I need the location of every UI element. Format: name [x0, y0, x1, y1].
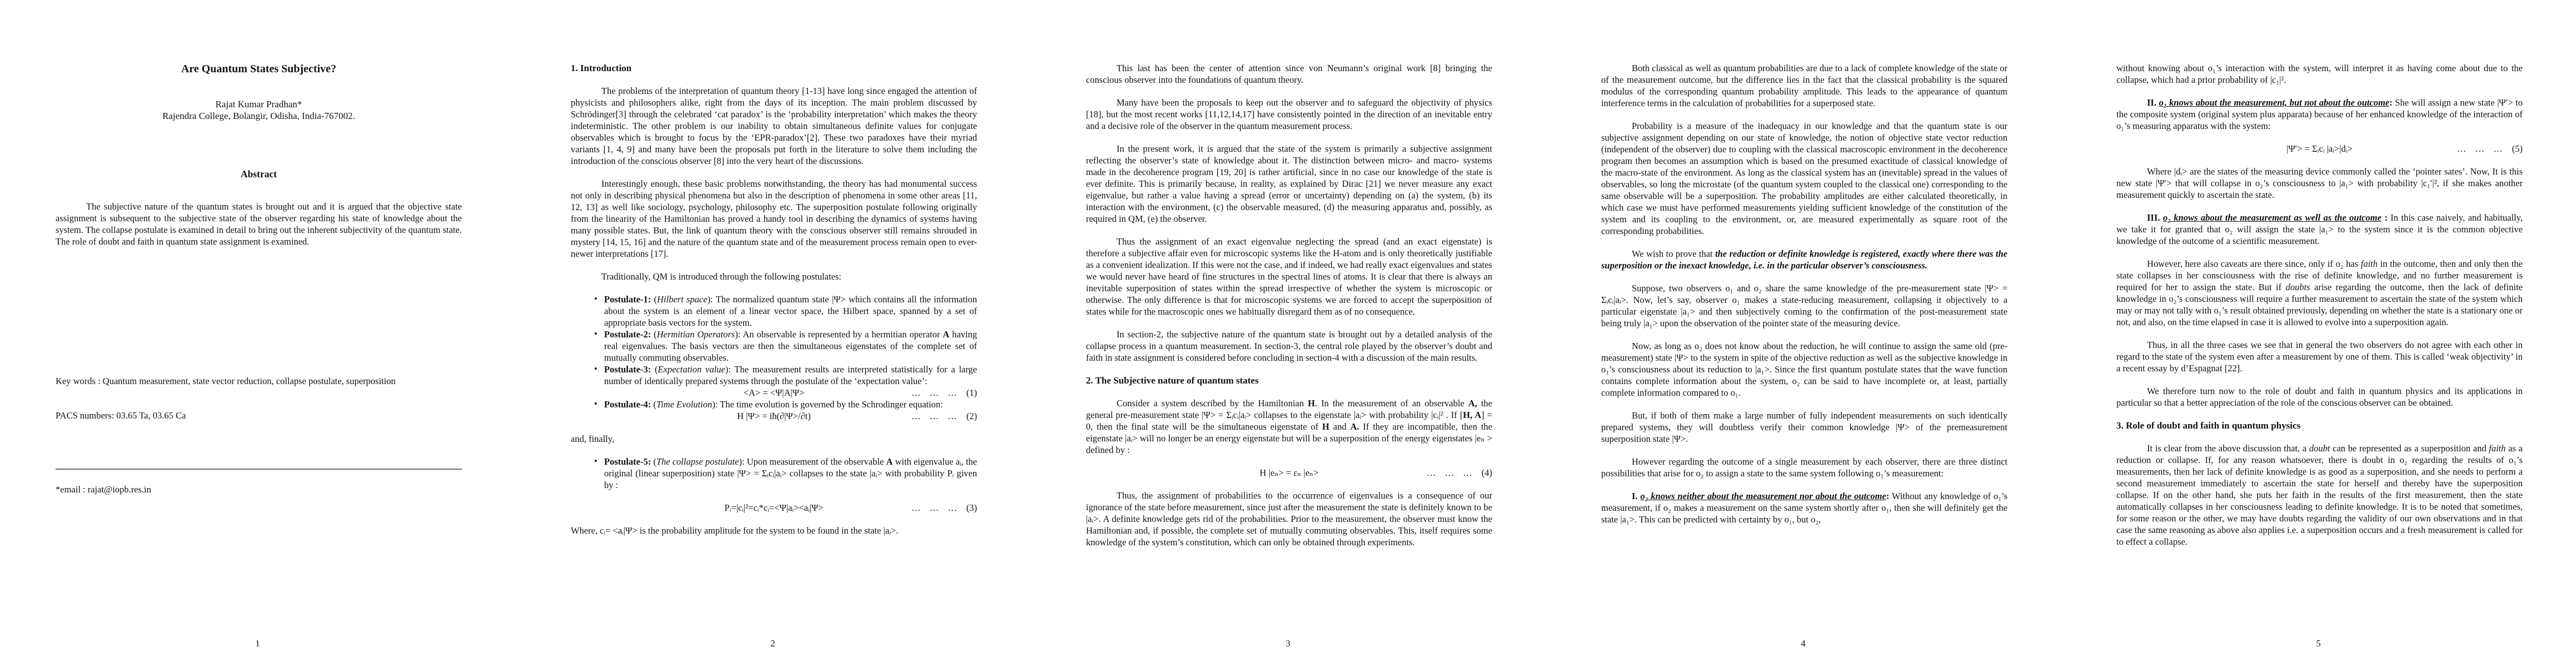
equation-dots: … … …	[911, 387, 958, 398]
postulate-item: Postulate-4: (Time Evolution): The time …	[604, 399, 977, 422]
author-affiliation: Rajendra College, Bolangir, Odisha, Indi…	[56, 110, 462, 122]
text-run: . In the measurement of an observable	[1315, 398, 1468, 409]
postulate-text: Postulate-1: (Hilbert space): The normal…	[604, 293, 977, 328]
text-run: I.	[1632, 491, 1640, 501]
postulate-item: Postulate-2: (Hermitian Operators): An o…	[604, 328, 977, 364]
page-number: 2	[515, 638, 1030, 649]
page: Both classical as well as quantum probab…	[1546, 0, 2061, 667]
pacs-line: PACS numbers: 03.65 Ta, 03.65 Ca	[56, 410, 462, 421]
page: without knowing about o₁’s interaction w…	[2061, 0, 2576, 667]
text-run: The collapse postulate	[656, 456, 739, 467]
text-run: H, A	[1463, 410, 1481, 420]
text-run: can be represented as a superposition an…	[2330, 443, 2489, 454]
author-name: Rajat Kumar Pradhan*	[56, 98, 462, 110]
postulate-text: Postulate-5: (The collapse postulate): U…	[604, 456, 977, 491]
text-run: Postulate-5:	[604, 456, 651, 467]
text-run: ): Upon measurement of the observable	[739, 456, 886, 467]
paragraph: without knowing about o₁’s interaction w…	[2116, 62, 2523, 86]
text-run: It is clear from the above discussion th…	[2147, 443, 2309, 454]
equation-number: (1)	[966, 387, 977, 398]
text-run: A,	[1468, 398, 1477, 409]
text-run: Consider a system described by the Hamil…	[1117, 398, 1308, 409]
page: This last has been the center of attenti…	[1030, 0, 1546, 667]
paragraph: and, finally,	[571, 433, 977, 445]
paragraph: Interestingly enough, these basic proble…	[571, 178, 977, 260]
text-run: (	[651, 329, 656, 340]
equation-dots: … … …	[911, 411, 958, 421]
text-run: doubt	[2309, 443, 2330, 454]
text-run: ): The time evolution is governed by the…	[712, 399, 943, 410]
equation-body: H |eₙ> = εₙ |eₙ>	[1260, 467, 1319, 478]
equation-number: (5)	[2512, 143, 2523, 154]
text-run: II.	[2147, 97, 2159, 108]
text-run: (	[651, 294, 657, 305]
paragraph: Probability is a measure of the inadequa…	[1601, 120, 2007, 237]
paragraph: III. o₂ knows about the measurement as w…	[2116, 212, 2523, 247]
section-heading: 3. Role of doubt and faith in quantum ph…	[2116, 420, 2523, 431]
text-run: faith	[2361, 258, 2378, 269]
paragraph: II. o₂ knows about the measurement, but …	[2116, 97, 2523, 132]
paragraph: However, here also caveats are there sin…	[2116, 258, 2523, 328]
text-run: A.	[1350, 421, 1359, 432]
postulate-item: Postulate-1: (Hilbert space): The normal…	[604, 293, 977, 328]
paragraph: We wish to prove that the reduction or d…	[1601, 248, 2007, 271]
text-run: H	[1308, 398, 1315, 409]
paragraph: Suppose, two observers o₁ and o₂ share t…	[1601, 282, 2007, 329]
text-run: Hilbert space	[657, 294, 707, 305]
paragraph: In the present work, it is argued that t…	[1086, 143, 1492, 225]
text-run: (	[651, 456, 656, 467]
text-run: o₂ knows about the measurement, but not …	[2159, 97, 2390, 108]
text-run: as a reduction or collapse. If, for any …	[2116, 443, 2523, 547]
page-number: 5	[2061, 638, 2576, 649]
paragraph: But, if both of them make a large number…	[1601, 410, 2007, 445]
page-body: This last has been the center of attenti…	[1030, 62, 1546, 548]
paragraph: Thus, in all the three cases we see that…	[2116, 339, 2523, 374]
footnote-rule	[56, 469, 462, 470]
paragraph: It is clear from the above discussion th…	[2116, 442, 2523, 547]
text-run: and	[1329, 421, 1351, 432]
equation-body: Pᵢ=|cᵢ|²=cᵢ*cᵢ=<Ψ|aᵢ><aᵢ|Ψ>	[725, 502, 824, 513]
page-body: 1. IntroductionThe problems of the inter…	[515, 62, 1030, 536]
text-run: Postulate-1:	[604, 294, 651, 305]
text-run: faith	[2489, 443, 2505, 454]
paragraph: Both classical as well as quantum probab…	[1601, 62, 2007, 109]
text-run: ): An observable is represented by a her…	[735, 329, 943, 340]
paragraph: Traditionally, QM is introduced through …	[571, 271, 977, 282]
equation-dots: … … …	[1427, 467, 1473, 478]
text-run: Postulate-3:	[604, 364, 651, 375]
paragraph: Many have been the proposals to keep out…	[1086, 97, 1492, 132]
text-run: doubts	[2286, 282, 2310, 292]
paragraph: This last has been the center of attenti…	[1086, 62, 1492, 86]
equation-dots: … … …	[911, 502, 958, 513]
equation: H |Ψ> = iħ(∂|Ψ>/∂t)… … …(2)	[571, 410, 977, 422]
section-heading: 2. The Subjective nature of quantum stat…	[1086, 375, 1492, 386]
text-run: Time Evolution	[656, 399, 712, 410]
paragraph: The subjective nature of the quantum sta…	[56, 201, 462, 247]
paragraph: The problems of the interpretation of qu…	[571, 85, 977, 167]
page: 1. IntroductionThe problems of the inter…	[515, 0, 1030, 667]
paragraph: Now, as long as o₂ does not know about t…	[1601, 340, 2007, 399]
text-run: A	[886, 456, 893, 467]
equation: Pᵢ=|cᵢ|²=cᵢ*cᵢ=<Ψ|aᵢ><aᵢ|Ψ>… … …(3)	[571, 502, 977, 514]
text-run: A	[943, 329, 949, 340]
text-run: o₂ knows about the measurement as well a…	[2163, 212, 2381, 223]
postulate-item: Postulate-5: (The collapse postulate): U…	[604, 456, 977, 491]
paragraph: However regarding the outcome of a singl…	[1601, 456, 2007, 479]
page-number: 4	[1546, 638, 2061, 649]
equation-number-group: … … …(1)	[911, 387, 977, 399]
paragraph: Where |dᵢ> are the states of the measuri…	[2116, 166, 2523, 201]
paragraph: Where, cᵢ= <aᵢ|Ψ> is the probability amp…	[571, 525, 977, 536]
paragraph: Thus, the assignment of probabilities to…	[1086, 490, 1492, 548]
equation: |Ψ′> = Σᵢcᵢ |aᵢ>|dᵢ>… … …(5)	[2116, 143, 2523, 155]
page-number: 1	[0, 638, 515, 649]
keywords-line: Key words : Quantum measurement, state v…	[56, 375, 462, 387]
pages-row: Are Quantum States Subjective?Rajat Kuma…	[0, 0, 2576, 667]
text-run: Postulate-2:	[604, 329, 651, 340]
page: Are Quantum States Subjective?Rajat Kuma…	[0, 0, 515, 667]
equation-number-group: … … …(4)	[1427, 467, 1492, 479]
equation: H |eₙ> = εₙ |eₙ>… … …(4)	[1086, 467, 1492, 479]
paragraph: We therefore turn now to the role of dou…	[2116, 385, 2523, 409]
equation-number-group: … … …(2)	[911, 410, 977, 422]
equation-dots: … … …	[2457, 143, 2503, 154]
postulate-text: Postulate-2: (Hermitian Operators): An o…	[604, 328, 977, 364]
text-run: o₂ knows neither about the measurement n…	[1640, 491, 1886, 501]
equation-number: (3)	[966, 502, 977, 513]
abstract-heading: Abstract	[56, 168, 462, 180]
equation-number: (4)	[1482, 467, 1492, 478]
text-run: (	[651, 399, 656, 410]
paragraph: Consider a system described by the Hamil…	[1086, 397, 1492, 456]
paper-title: Are Quantum States Subjective?	[56, 62, 462, 76]
paragraph: Thus the assignment of an exact eigenval…	[1086, 236, 1492, 317]
postulate-text: Postulate-4: (Time Evolution): The time …	[604, 399, 977, 410]
text-run: :	[2381, 212, 2388, 223]
equation-body: <A> = <Ψ|A|Ψ>	[744, 387, 805, 398]
postulate-text: Postulate-3: (Expectation value): The me…	[604, 364, 977, 387]
text-run: We wish to prove that	[1632, 248, 1715, 259]
text-run: Postulate-4:	[604, 399, 651, 410]
text-run: Hermitian Operators	[657, 329, 735, 340]
postulate-list: Postulate-5: (The collapse postulate): U…	[571, 456, 977, 491]
page-body: Are Quantum States Subjective?Rajat Kuma…	[0, 62, 515, 495]
paper-document: Are Quantum States Subjective?Rajat Kuma…	[0, 0, 2576, 667]
text-run: Expectation value	[658, 364, 725, 375]
postulate-list: Postulate-1: (Hilbert space): The normal…	[571, 293, 977, 422]
page-body: Both classical as well as quantum probab…	[1546, 62, 2061, 525]
text-run: (	[651, 364, 657, 375]
text-run: H	[1322, 421, 1329, 432]
paragraph: I. o₂ knows neither about the measuremen…	[1601, 490, 2007, 525]
equation-number-group: … … …(3)	[911, 502, 977, 514]
text-run: However, here also caveats are there sin…	[2147, 258, 2361, 269]
equation-body: H |Ψ> = iħ(∂|Ψ>/∂t)	[737, 411, 810, 421]
paragraph: In section-2, the subjective nature of t…	[1086, 328, 1492, 364]
footnote-text: *email : rajat@iopb.res.in	[56, 484, 462, 495]
equation-number: (2)	[966, 411, 977, 421]
equation-number-group: … … …(5)	[2457, 143, 2523, 155]
postulate-item: Postulate-3: (Expectation value): The me…	[604, 364, 977, 399]
section-heading: 1. Introduction	[571, 62, 977, 74]
page-number: 3	[1030, 638, 1546, 649]
page-body: without knowing about o₁’s interaction w…	[2061, 62, 2576, 547]
text-run: III.	[2147, 212, 2163, 223]
equation: <A> = <Ψ|A|Ψ>… … …(1)	[571, 387, 977, 399]
equation-body: |Ψ′> = Σᵢcᵢ |aᵢ>|dᵢ>	[2286, 143, 2353, 154]
